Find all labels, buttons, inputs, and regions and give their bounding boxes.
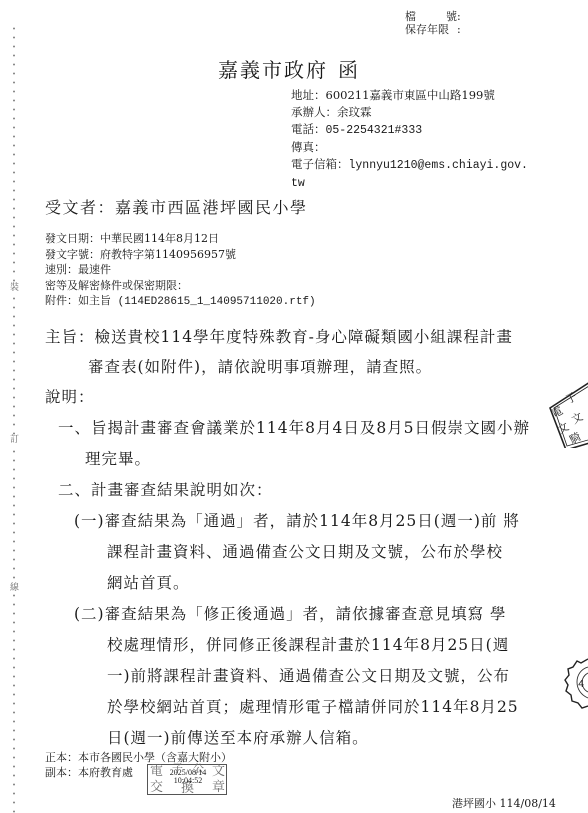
attachment-label: 附件： <box>45 294 78 307</box>
cross-page-seal-upper: 子 電 文 文 騎 <box>546 378 588 448</box>
handler-label: 承辦人： <box>291 105 337 119</box>
cc-label: 副本： <box>45 766 78 779</box>
explanation-label: 說明： <box>45 382 545 413</box>
cc-value: 本府教育處 <box>78 766 133 779</box>
original-label: 正本： <box>45 751 78 764</box>
address-label: 地址： <box>291 88 326 102</box>
official-document-page: 裝 訂 線 檔號: 保存年限: 嘉義市政府函 地址：600211嘉義市東區中山路… <box>0 0 588 813</box>
item-marker: 一、 <box>58 419 91 437</box>
sub-item-text: 審查結果為「通過」者，請於114年8月25日(週一)前 將 <box>105 512 520 530</box>
file-number-label: 檔號 <box>405 10 457 23</box>
recipient-value: 嘉義市西區港坪國民小學 <box>115 198 308 217</box>
date-label: 發文日期： <box>45 232 100 245</box>
stamp-timestamp: 2025/08/14 10:04:52 <box>162 769 214 785</box>
email-value-continued[interactable]: tw <box>291 177 305 190</box>
stamp-time: 10:04:52 <box>162 777 214 785</box>
received-mark: 港坪國小 114/08/14 <box>452 795 556 811</box>
doc-number-value: 府教特字第1140956957號 <box>100 248 236 261</box>
document-meta: 發文日期：中華民國114年8月12日 發文字號：府教特字第1140956957號… <box>45 231 316 311</box>
attachment-link[interactable]: 如主旨 (114ED28615_1_14095711020.rtf) <box>78 296 316 308</box>
svg-text:子: 子 <box>563 390 579 407</box>
address-value: 600211嘉義市東區中山路199號 <box>326 88 495 102</box>
explanation-section: 說明： 一、旨揭計畫審查會議業於114年8月4日及8月5日假崇文國小辦 理完畢。… <box>45 382 545 754</box>
speed-label: 速別： <box>45 263 78 276</box>
sub-item-text: 審查結果為「修正後通過」者，請依據審查意見填寫 學 <box>105 605 507 623</box>
svg-text:4: 4 <box>578 679 584 690</box>
sub-item-1-line-2: 課程計畫資料、通過備查公文日期及文號，公布於學校 <box>45 537 545 568</box>
subject-line-2: 審查表(如附件)，請依說明事項辦理，請查照。 <box>45 352 545 382</box>
subject-section: 主旨：檢送貴校114學年度特殊教育-身心障礙類國小組課程計畫 審查表(如附件)，… <box>45 322 545 382</box>
sub-item-2: (二)審查結果為「修正後通過」者，請依據審查意見填寫 學 <box>45 599 545 630</box>
binding-char-zhuang: 裝 <box>9 283 20 294</box>
sub-item-2-line-3: 一)前將課程計畫資料、通過備查公文日期及文號，公布 <box>45 661 545 692</box>
colon: : <box>457 23 461 36</box>
binding-dotted-line <box>13 24 15 813</box>
electronic-exchange-stamp: 電 子 公 文 交 換 章 2025/08/14 10:04:52 <box>147 764 227 795</box>
date-value: 中華民國114年8月12日 <box>100 232 219 245</box>
secrecy-label: 密等及解密條件或保密期限： <box>45 279 188 292</box>
archive-info: 檔號: 保存年限: <box>405 10 461 36</box>
item-marker: 二、 <box>58 481 91 499</box>
original-value: 本市各國民小學（含嘉大附小） <box>78 751 232 764</box>
svg-text:文: 文 <box>569 410 585 427</box>
retention-label: 保存年限 <box>405 23 457 36</box>
speed-value: 最速件 <box>78 263 111 276</box>
subject-label: 主旨： <box>45 328 95 346</box>
cross-page-seal-lower: 4 <box>563 655 588 710</box>
sub-item-2-line-4: 於學校網站首頁；處理情形電子檔請併同於114年8月25 <box>45 692 545 723</box>
phone-value: 05-2254321#333 <box>326 124 423 137</box>
recipient-label: 受文者： <box>45 198 115 217</box>
sub-item-1: (一)審查結果為「通過」者，請於114年8月25日(週一)前 將 <box>45 506 545 537</box>
contact-block: 地址：600211嘉義市東區中山路199號 承辦人：余玟霖 電話：05-2254… <box>291 87 528 192</box>
recipient: 受文者：嘉義市西區港坪國民小學 <box>45 195 308 218</box>
phone-label: 電話： <box>291 122 326 136</box>
explanation-item-1: 一、旨揭計畫審查會議業於114年8月4日及8月5日假崇文國小辦 <box>45 413 545 444</box>
handler-value: 余玟霖 <box>337 105 372 119</box>
sub-item-marker: (一) <box>74 512 105 530</box>
email-label: 電子信箱： <box>291 157 349 171</box>
document-type: 函 <box>338 58 360 82</box>
subject-line-1: 檢送貴校114學年度特殊教育-身心障礙類國小組課程計畫 <box>95 328 513 346</box>
gear-seal-icon: 4 <box>563 655 588 710</box>
item-text: 旨揭計畫審查會議業於114年8月4日及8月5日假崇文國小辦 <box>91 419 530 437</box>
sub-item-marker: (二) <box>74 605 105 623</box>
sub-item-1-line-3: 網站首頁。 <box>45 568 545 599</box>
agency-name: 嘉義市政府 <box>218 58 328 82</box>
explanation-item-1-cont: 理完畢。 <box>45 444 545 475</box>
document-title: 嘉義市政府函 <box>218 54 360 83</box>
sub-item-2-line-2: 校處理情形，併同修正後課程計畫於114年8月25日(週 <box>45 630 545 661</box>
seal-icon: 子 電 文 文 騎 <box>546 378 588 448</box>
fax-label: 傳真： <box>291 140 326 154</box>
item-text: 計畫審查結果說明如次： <box>91 481 273 499</box>
doc-number-label: 發文字號： <box>45 248 100 261</box>
explanation-item-2: 二、計畫審查結果說明如次： <box>45 475 545 506</box>
binding-char-ding: 訂 <box>9 435 20 446</box>
email-value[interactable]: lynnyu1210@ems.chiayi.gov. <box>349 159 528 172</box>
colon: : <box>457 10 461 23</box>
binding-char-xian: 線 <box>9 583 20 594</box>
